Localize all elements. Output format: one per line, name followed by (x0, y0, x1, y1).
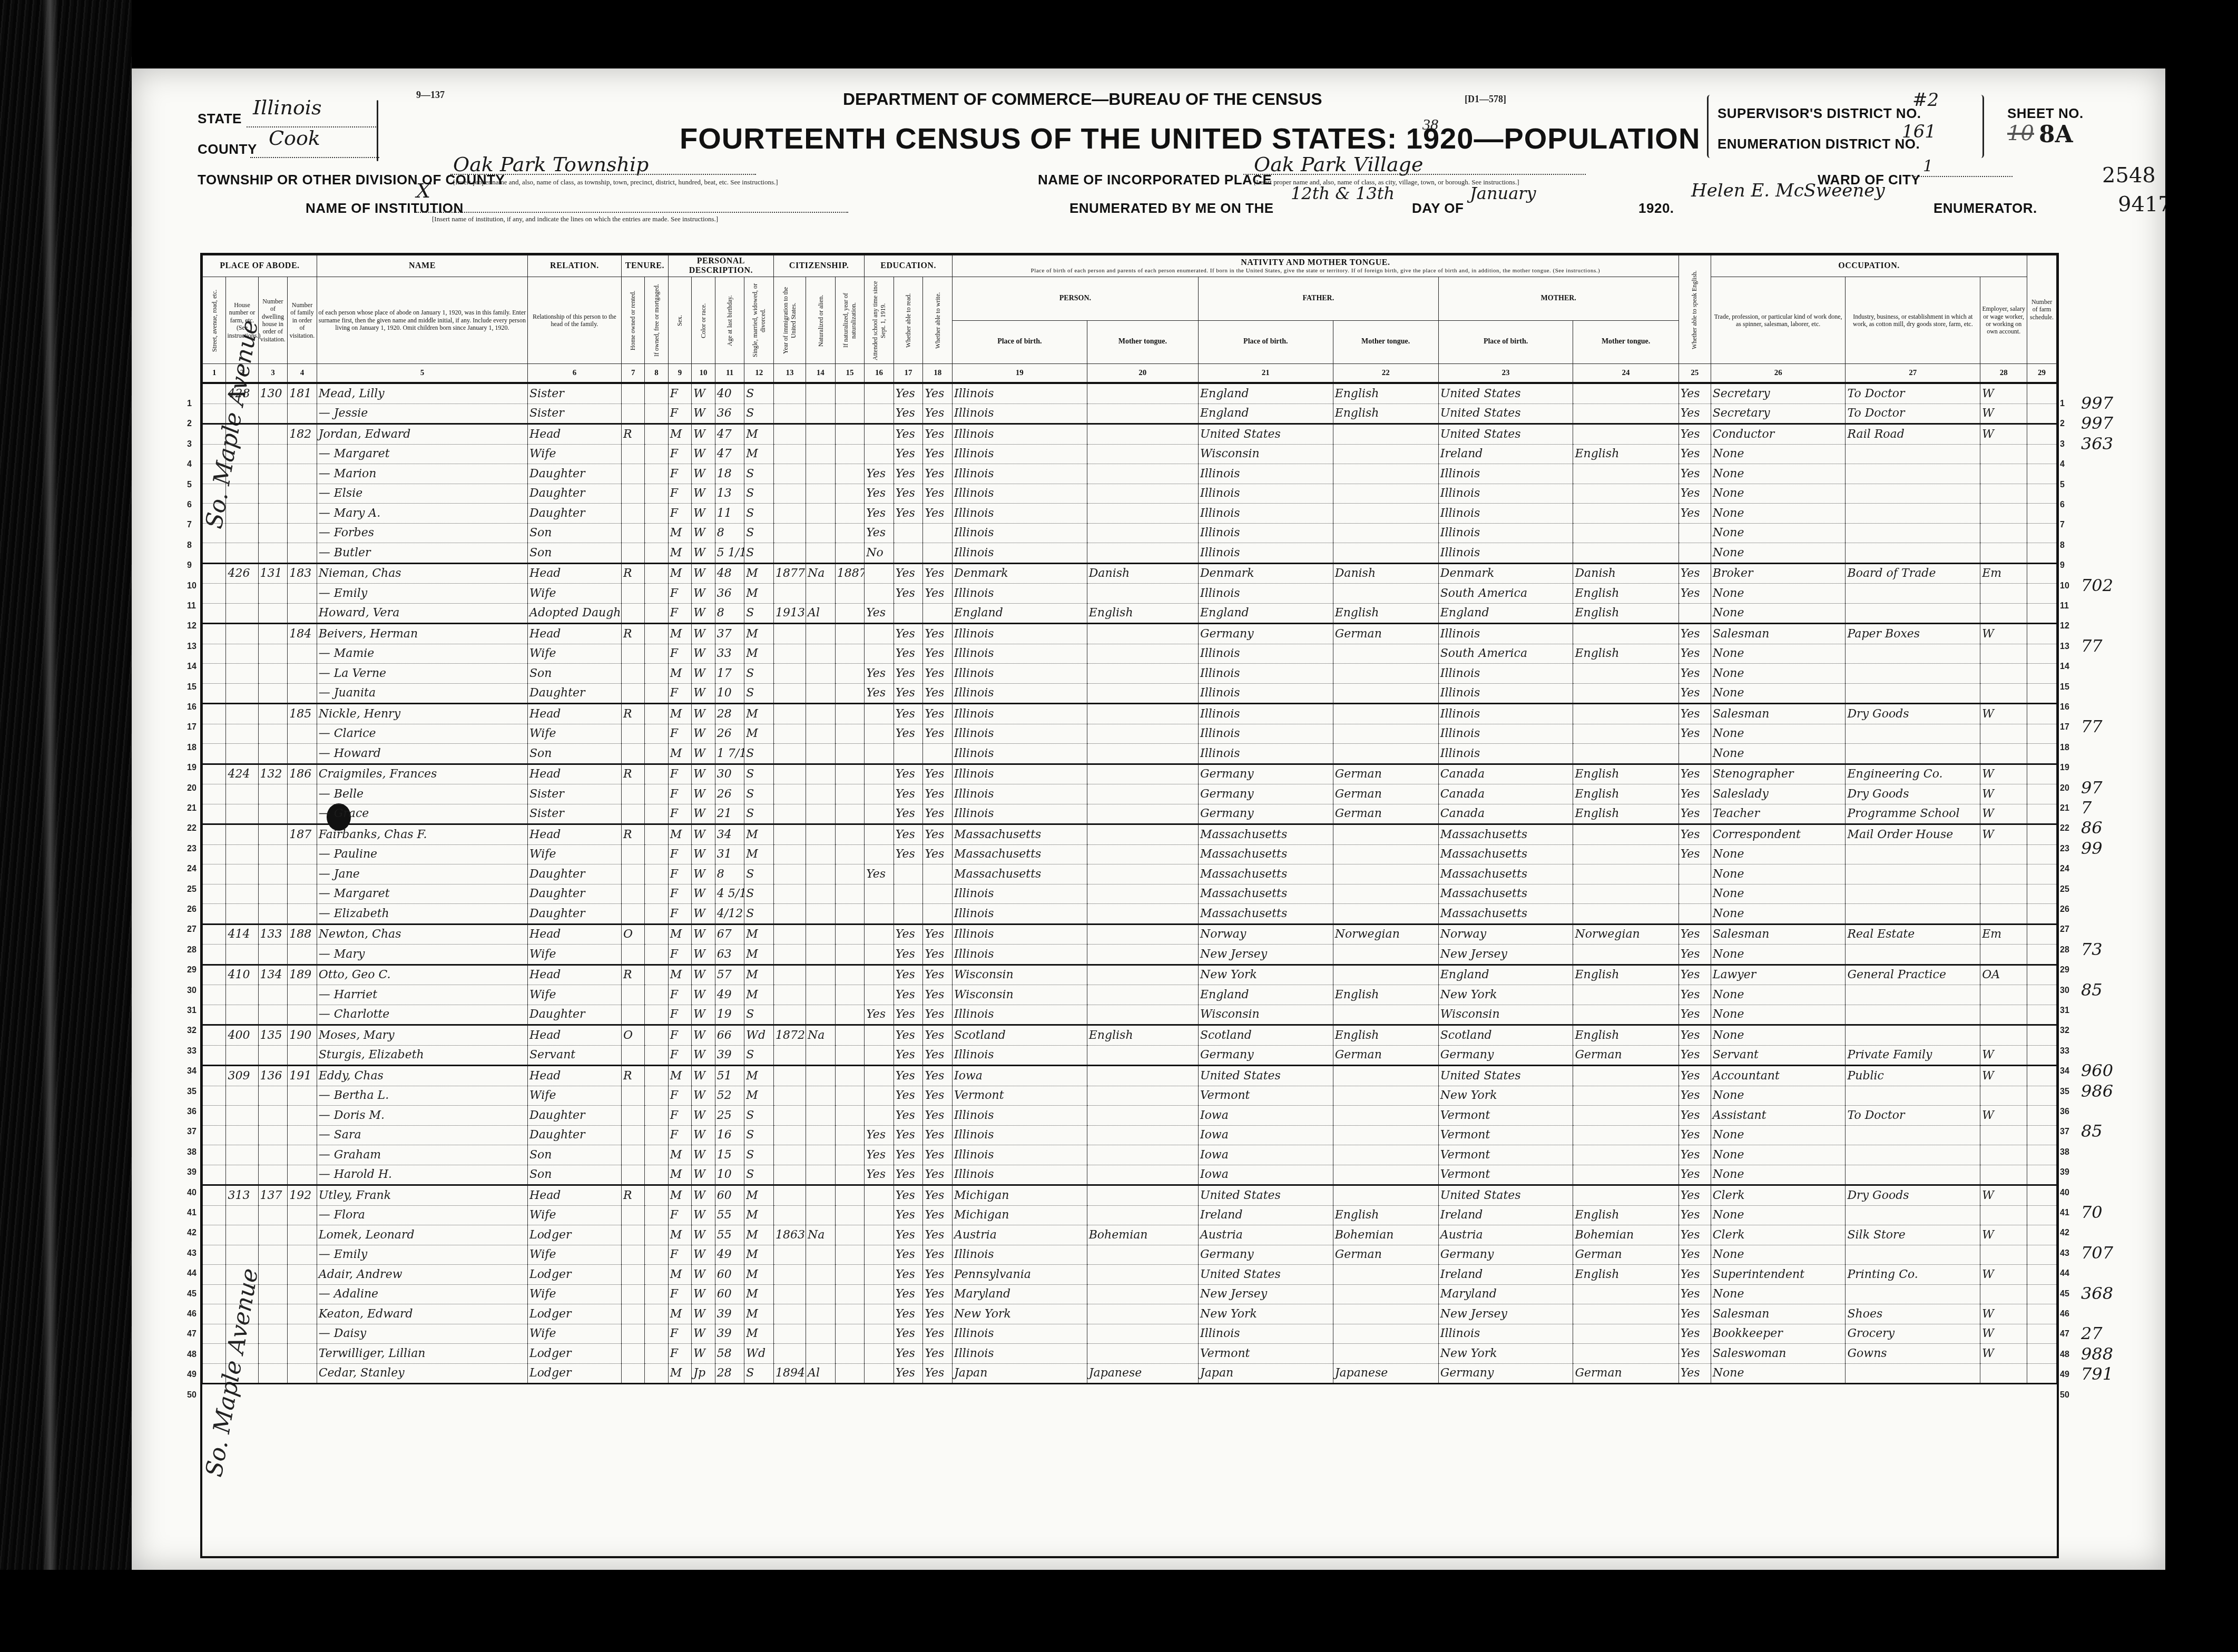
cell-relation: Wife (528, 584, 622, 604)
cell-mort (645, 965, 668, 985)
cell-m-tongue (1573, 1005, 1678, 1025)
cell-street (203, 1045, 226, 1066)
cell-m-tongue: English (1573, 804, 1678, 824)
cell-mort (645, 824, 668, 845)
cell-write: Yes (923, 1284, 953, 1304)
cell-english: Yes (1678, 704, 1711, 724)
cell-sex: M (668, 1145, 691, 1165)
cell-m-birth: Illinois (1438, 624, 1573, 644)
column-number: 23 (1438, 364, 1573, 383)
cell-relation: Sister (528, 383, 622, 404)
cell-farm (2027, 804, 2057, 824)
cell-emp (1980, 1245, 2027, 1265)
cell-nat (806, 764, 836, 784)
cell-write: Yes (923, 563, 953, 584)
cell-industry: Rail Road (1846, 424, 1980, 445)
cell-emp (1980, 1205, 2027, 1225)
col-father-birth: Place of birth. (1198, 320, 1333, 364)
cell-english (1678, 543, 1711, 564)
line-number-left: 33 (187, 1047, 197, 1056)
cell-birth: Illinois (953, 884, 1087, 904)
cell-farm (2027, 824, 2057, 845)
cell-imm (773, 864, 806, 884)
cell-imm (773, 985, 806, 1005)
cell-sex: M (668, 924, 691, 945)
cell-house (226, 1086, 258, 1106)
cell-read: Yes (894, 1066, 923, 1086)
cell-dwelling (258, 424, 288, 445)
table-row: — GrahamSonMW15SYesYesYesIllinoisIowaVer… (203, 1145, 2057, 1165)
cell-imm (773, 644, 806, 664)
cell-house (226, 704, 258, 724)
table-row: Lomek, LeonardLodgerMW55M1863NaYesYesAus… (203, 1225, 2057, 1245)
cell-emp (1980, 644, 2027, 664)
cell-nat (806, 484, 836, 504)
cell-marital: M (744, 584, 774, 604)
cell-trade: Salesman (1711, 704, 1846, 724)
cell-school: Yes (865, 1005, 894, 1025)
cell-age: 55 (715, 1205, 744, 1225)
col-speak-english: Whether able to speak English. (1678, 255, 1711, 364)
cell-name: Beivers, Herman (317, 624, 527, 644)
cell-relation: Daughter (528, 683, 622, 704)
cell-tongue (1087, 784, 1198, 804)
cell-house (226, 1344, 258, 1364)
cell-english: Yes (1678, 784, 1711, 804)
line-number-right: 21 (2060, 804, 2069, 813)
cell-age: 66 (715, 1025, 744, 1046)
cell-industry: To Doctor (1846, 404, 1980, 424)
line-number-right: 15 (2060, 683, 2069, 692)
cell-sex: F (668, 1205, 691, 1225)
cell-marital: S (744, 784, 774, 804)
col-naturalized: Naturalized or alien. (806, 277, 836, 364)
cell-race: W (692, 724, 715, 744)
cell-age: 25 (715, 1106, 744, 1126)
cell-trade: None (1711, 504, 1846, 524)
cell-trade: None (1711, 1363, 1846, 1384)
cell-family (288, 1086, 317, 1106)
cell-tongue: English (1087, 1025, 1198, 1046)
margin-code: 997 (2081, 393, 2113, 413)
cell-birth: Illinois (953, 904, 1087, 925)
line-number-left: 39 (187, 1168, 197, 1177)
cell-family: 192 (288, 1185, 317, 1206)
group-relation: RELATION. (528, 255, 622, 277)
cell-natyr (835, 824, 865, 845)
cell-family (288, 864, 317, 884)
cell-race: W (692, 1185, 715, 1206)
cell-street (203, 924, 226, 945)
line-number-left: 2 (187, 419, 192, 429)
cell-emp: W (1980, 704, 2027, 724)
cell-f-birth: Germany (1198, 1045, 1333, 1066)
cell-english: Yes (1678, 464, 1711, 484)
cell-race: W (692, 1245, 715, 1265)
institution-line (416, 212, 848, 213)
cell-m-tongue (1573, 543, 1678, 564)
cell-english: Yes (1678, 1185, 1711, 1206)
cell-house (226, 584, 258, 604)
cell-m-tongue: Norwegian (1573, 924, 1678, 945)
cell-f-tongue (1333, 484, 1438, 504)
cell-trade: None (1711, 724, 1846, 744)
cell-m-birth: Scotland (1438, 1025, 1573, 1046)
cell-write: Yes (923, 683, 953, 704)
column-number: 25 (1678, 364, 1711, 383)
enumerated-label: ENUMERATED BY ME ON THE (1069, 200, 1274, 217)
cell-relation: Wife (528, 724, 622, 744)
cell-natyr (835, 704, 865, 724)
cell-read: Yes (894, 985, 923, 1005)
cell-f-birth: Wisconsin (1198, 444, 1333, 464)
cell-emp (1980, 664, 2027, 684)
cell-sex: F (668, 904, 691, 925)
table-row: Cedar, StanleyLodgerMJp28S1894AlYesYesJa… (203, 1363, 2057, 1384)
cell-dwelling (258, 584, 288, 604)
cell-f-birth: England (1198, 404, 1333, 424)
cell-race: W (692, 1265, 715, 1285)
cell-name: — Margaret (317, 884, 527, 904)
cell-industry (1846, 864, 1980, 884)
line-number-right: 26 (2060, 905, 2069, 914)
cell-natyr (835, 644, 865, 664)
cell-family: 187 (288, 824, 317, 845)
cell-read: Yes (894, 1145, 923, 1165)
cell-family: 189 (288, 965, 317, 985)
cell-dwelling (258, 844, 288, 864)
col-father-tongue: Mother tongue. (1333, 320, 1438, 364)
cell-nat: Al (806, 1363, 836, 1384)
cell-m-tongue: German (1573, 1245, 1678, 1265)
table-row: — SaraDaughterFW16SYesYesYesIllinoisIowa… (203, 1125, 2057, 1145)
cell-english: Yes (1678, 1005, 1711, 1025)
cell-nat (806, 1304, 836, 1324)
cell-f-tongue (1333, 504, 1438, 524)
column-number: 29 (2027, 364, 2057, 383)
cell-dwelling (258, 1045, 288, 1066)
cell-relation: Sister (528, 784, 622, 804)
cell-sex: F (668, 1045, 691, 1066)
group-name: NAME (317, 255, 527, 277)
cell-mort (645, 683, 668, 704)
cell-sex: F (668, 1086, 691, 1106)
cell-english (1678, 523, 1711, 543)
cell-f-birth: Illinois (1198, 644, 1333, 664)
cell-english: Yes (1678, 1165, 1711, 1185)
cell-dwelling (258, 945, 288, 965)
cell-imm (773, 1106, 806, 1126)
line-number-left: 44 (187, 1269, 197, 1279)
line-number-left: 24 (187, 864, 197, 874)
cell-family: 181 (288, 383, 317, 404)
margin-code: 70 (2081, 1202, 2103, 1222)
cell-f-birth: Norway (1198, 924, 1333, 945)
cell-mort (645, 804, 668, 824)
cell-tenure (621, 1225, 644, 1245)
cell-sex: F (668, 383, 691, 404)
cell-marital: M (744, 1185, 774, 1206)
cell-street (203, 484, 226, 504)
cell-read: Yes (894, 404, 923, 424)
cell-f-tongue (1333, 1185, 1438, 1206)
cell-emp: W (1980, 1225, 2027, 1245)
cell-f-tongue (1333, 1086, 1438, 1106)
cell-tongue (1087, 945, 1198, 965)
cell-write: Yes (923, 404, 953, 424)
cell-birth: Illinois (953, 683, 1087, 704)
cell-school (865, 444, 894, 464)
column-number: 18 (923, 364, 953, 383)
table-row: 187Fairbanks, Chas F.HeadRMW34MYesYesMas… (203, 824, 2057, 845)
cell-birth: Pennsylvania (953, 1265, 1087, 1285)
cell-marital: S (744, 523, 774, 543)
cell-industry (1846, 484, 1980, 504)
cell-school (865, 985, 894, 1005)
cell-nat (806, 1045, 836, 1066)
cell-sex: F (668, 784, 691, 804)
col-mother-birth: Place of birth. (1438, 320, 1573, 364)
cell-f-tongue (1333, 864, 1438, 884)
cell-house (226, 884, 258, 904)
cell-read: Yes (894, 924, 923, 945)
cell-m-tongue: English (1573, 1205, 1678, 1225)
cell-m-tongue: English (1573, 644, 1678, 664)
cell-m-tongue (1573, 1344, 1678, 1364)
line-number-right: 38 (2060, 1148, 2069, 1157)
cell-relation: Head (528, 563, 622, 584)
cell-imm (773, 924, 806, 945)
cell-house (226, 904, 258, 925)
cell-family (288, 1045, 317, 1066)
cell-dwelling (258, 1165, 288, 1185)
cell-nat (806, 1205, 836, 1225)
cell-family (288, 1324, 317, 1344)
cell-relation: Son (528, 543, 622, 564)
cell-mort (645, 543, 668, 564)
cell-mort (645, 1363, 668, 1384)
table-row: 185Nickle, HenryHeadRMW28MYesYesIllinois… (203, 704, 2057, 724)
column-number: 10 (692, 364, 715, 383)
column-number: 21 (1198, 364, 1333, 383)
cell-m-birth: England (1438, 603, 1573, 624)
cell-read: Yes (894, 383, 923, 404)
cell-tenure (621, 945, 644, 965)
cell-dwelling (258, 504, 288, 524)
column-number: 6 (528, 364, 622, 383)
cell-m-birth: Illinois (1438, 724, 1573, 744)
cell-tongue (1087, 1284, 1198, 1304)
cell-dwelling (258, 1324, 288, 1344)
cell-emp (1980, 484, 2027, 504)
column-number: 17 (894, 364, 923, 383)
sheet-number-struck: 10 (2007, 121, 2034, 145)
cell-farm (2027, 724, 2057, 744)
cell-emp (1980, 683, 2027, 704)
cell-house (226, 404, 258, 424)
cell-english: Yes (1678, 1106, 1711, 1126)
cell-age: 19 (715, 1005, 744, 1025)
cell-house (226, 523, 258, 543)
cell-name: Jordan, Edward (317, 424, 527, 445)
cell-f-birth: Iowa (1198, 1145, 1333, 1165)
cell-imm (773, 945, 806, 965)
line-number-right: 19 (2060, 763, 2069, 773)
cell-trade: None (1711, 844, 1846, 864)
cell-english: Yes (1678, 965, 1711, 985)
cell-imm (773, 404, 806, 424)
cell-m-tongue (1573, 1145, 1678, 1165)
cell-farm (2027, 1265, 2057, 1285)
cell-birth: Austria (953, 1225, 1087, 1245)
cell-m-tongue (1573, 985, 1678, 1005)
cell-mort (645, 383, 668, 404)
cell-f-tongue (1333, 1304, 1438, 1324)
table-row: Keaton, EdwardLodgerMW39MYesYesNew YorkN… (203, 1304, 2057, 1324)
cell-farm (2027, 1205, 2057, 1225)
cell-street (203, 424, 226, 445)
cell-house: 410 (226, 965, 258, 985)
margin-code: 702 (2081, 575, 2113, 595)
cell-tenure (621, 1344, 644, 1364)
cell-nat: Na (806, 1025, 836, 1046)
cell-tongue (1087, 1086, 1198, 1106)
cell-natyr (835, 1284, 865, 1304)
cell-age: 10 (715, 1165, 744, 1185)
cell-dwelling (258, 1344, 288, 1364)
line-number-left: 5 (187, 480, 192, 490)
cell-tenure: R (621, 563, 644, 584)
cell-house (226, 1005, 258, 1025)
cell-relation: Daughter (528, 1106, 622, 1126)
line-number-left: 47 (187, 1330, 197, 1339)
cell-natyr (835, 724, 865, 744)
cell-mort (645, 1225, 668, 1245)
cell-marital: S (744, 764, 774, 784)
table-row: — MarionDaughterFW18SYesYesYesIllinoisIl… (203, 464, 2057, 484)
cell-read: Yes (894, 1245, 923, 1265)
cell-trade: Teacher (1711, 804, 1846, 824)
department-heading: DEPARTMENT OF COMMERCE—BUREAU OF THE CEN… (843, 90, 1322, 109)
cell-industry: Dry Goods (1846, 704, 1980, 724)
cell-f-birth: Germany (1198, 804, 1333, 824)
table-row: — ClariceWifeFW26MYesYesIllinoisIllinois… (203, 724, 2057, 744)
cell-read (894, 904, 923, 925)
cell-tongue (1087, 543, 1198, 564)
cell-natyr (835, 683, 865, 704)
col-trade: Trade, profession, or particular kind of… (1711, 277, 1846, 364)
table-row: 313137192Utley, FrankHeadRMW60MYesYesMic… (203, 1185, 2057, 1206)
table-row: — Bertha L.WifeFW52MYesYesVermontVermont… (203, 1086, 2057, 1106)
cell-street (203, 504, 226, 524)
cell-english: Yes (1678, 1025, 1711, 1046)
col-dwelling-number: Number of dwelling house in order of vis… (258, 277, 288, 364)
cell-english: Yes (1678, 683, 1711, 704)
incorporated-place-value: Oak Park Village (1254, 153, 1423, 176)
cell-sex: F (668, 864, 691, 884)
line-number-right: 8 (2060, 541, 2065, 550)
cell-race: W (692, 1145, 715, 1165)
cell-age: 57 (715, 965, 744, 985)
cell-mort (645, 603, 668, 624)
cell-tenure (621, 383, 644, 404)
cell-english: Yes (1678, 1066, 1711, 1086)
margin-code: 791 (2081, 1364, 2113, 1384)
cell-marital: S (744, 603, 774, 624)
cell-trade: Correspondent (1711, 824, 1846, 845)
cell-f-birth: New Jersey (1198, 945, 1333, 965)
cell-f-birth: Massachusetts (1198, 904, 1333, 925)
cell-relation: Wife (528, 1324, 622, 1344)
cell-write: Yes (923, 844, 953, 864)
cell-m-tongue: English (1573, 1025, 1678, 1046)
cell-nat (806, 1284, 836, 1304)
cell-family (288, 724, 317, 744)
cell-emp: W (1980, 1344, 2027, 1364)
cell-english: Yes (1678, 844, 1711, 864)
cell-name: — Belle (317, 784, 527, 804)
cell-marital: M (744, 1086, 774, 1106)
cell-mort (645, 1145, 668, 1165)
cell-mort (645, 584, 668, 604)
cell-tongue (1087, 744, 1198, 764)
cell-farm (2027, 884, 2057, 904)
column-numbers-row: 1234567891011121314151617181920212223242… (203, 364, 2057, 383)
cell-relation: Head (528, 824, 622, 845)
cell-f-tongue (1333, 584, 1438, 604)
cell-f-birth: Illinois (1198, 523, 1333, 543)
cell-family (288, 884, 317, 904)
col-school: Attended school any time since Sept. 1, … (865, 277, 894, 364)
cell-m-tongue (1573, 945, 1678, 965)
cell-mort (645, 924, 668, 945)
cell-read (894, 864, 923, 884)
cell-english: Yes (1678, 424, 1711, 445)
cell-m-birth: Illinois (1438, 744, 1573, 764)
cell-imm (773, 504, 806, 524)
cell-farm (2027, 1145, 2057, 1165)
cell-school (865, 704, 894, 724)
cell-farm (2027, 1304, 2057, 1324)
cell-read: Yes (894, 464, 923, 484)
cell-sex: M (668, 543, 691, 564)
cell-f-birth: Japan (1198, 1363, 1333, 1384)
cell-m-tongue (1573, 864, 1678, 884)
cell-family (288, 1205, 317, 1225)
cell-sex: F (668, 724, 691, 744)
cell-birth: Michigan (953, 1185, 1087, 1206)
cell-trade: Assistant (1711, 1106, 1846, 1126)
cell-mort (645, 1165, 668, 1185)
line-number-left: 11 (187, 602, 196, 611)
ward-value: 1 (1923, 157, 1933, 175)
cell-relation: Lodger (528, 1225, 622, 1245)
line-number-right: 31 (2060, 1006, 2069, 1016)
cell-age: 55 (715, 1225, 744, 1245)
cell-tenure (621, 1145, 644, 1165)
cell-age: 60 (715, 1265, 744, 1285)
line-number-right: 9 (2060, 561, 2065, 571)
cell-f-tongue (1333, 1106, 1438, 1126)
cell-write: Yes (923, 804, 953, 824)
cell-f-tongue (1333, 884, 1438, 904)
cell-mort (645, 563, 668, 584)
table-row: 414133188Newton, ChasHeadOMW67MYesYesIll… (203, 924, 2057, 945)
cell-emp (1980, 1145, 2027, 1165)
cell-name: Sturgis, Elizabeth (317, 1045, 527, 1066)
margin-code: 77 (2081, 716, 2103, 736)
cell-age: 49 (715, 1245, 744, 1265)
